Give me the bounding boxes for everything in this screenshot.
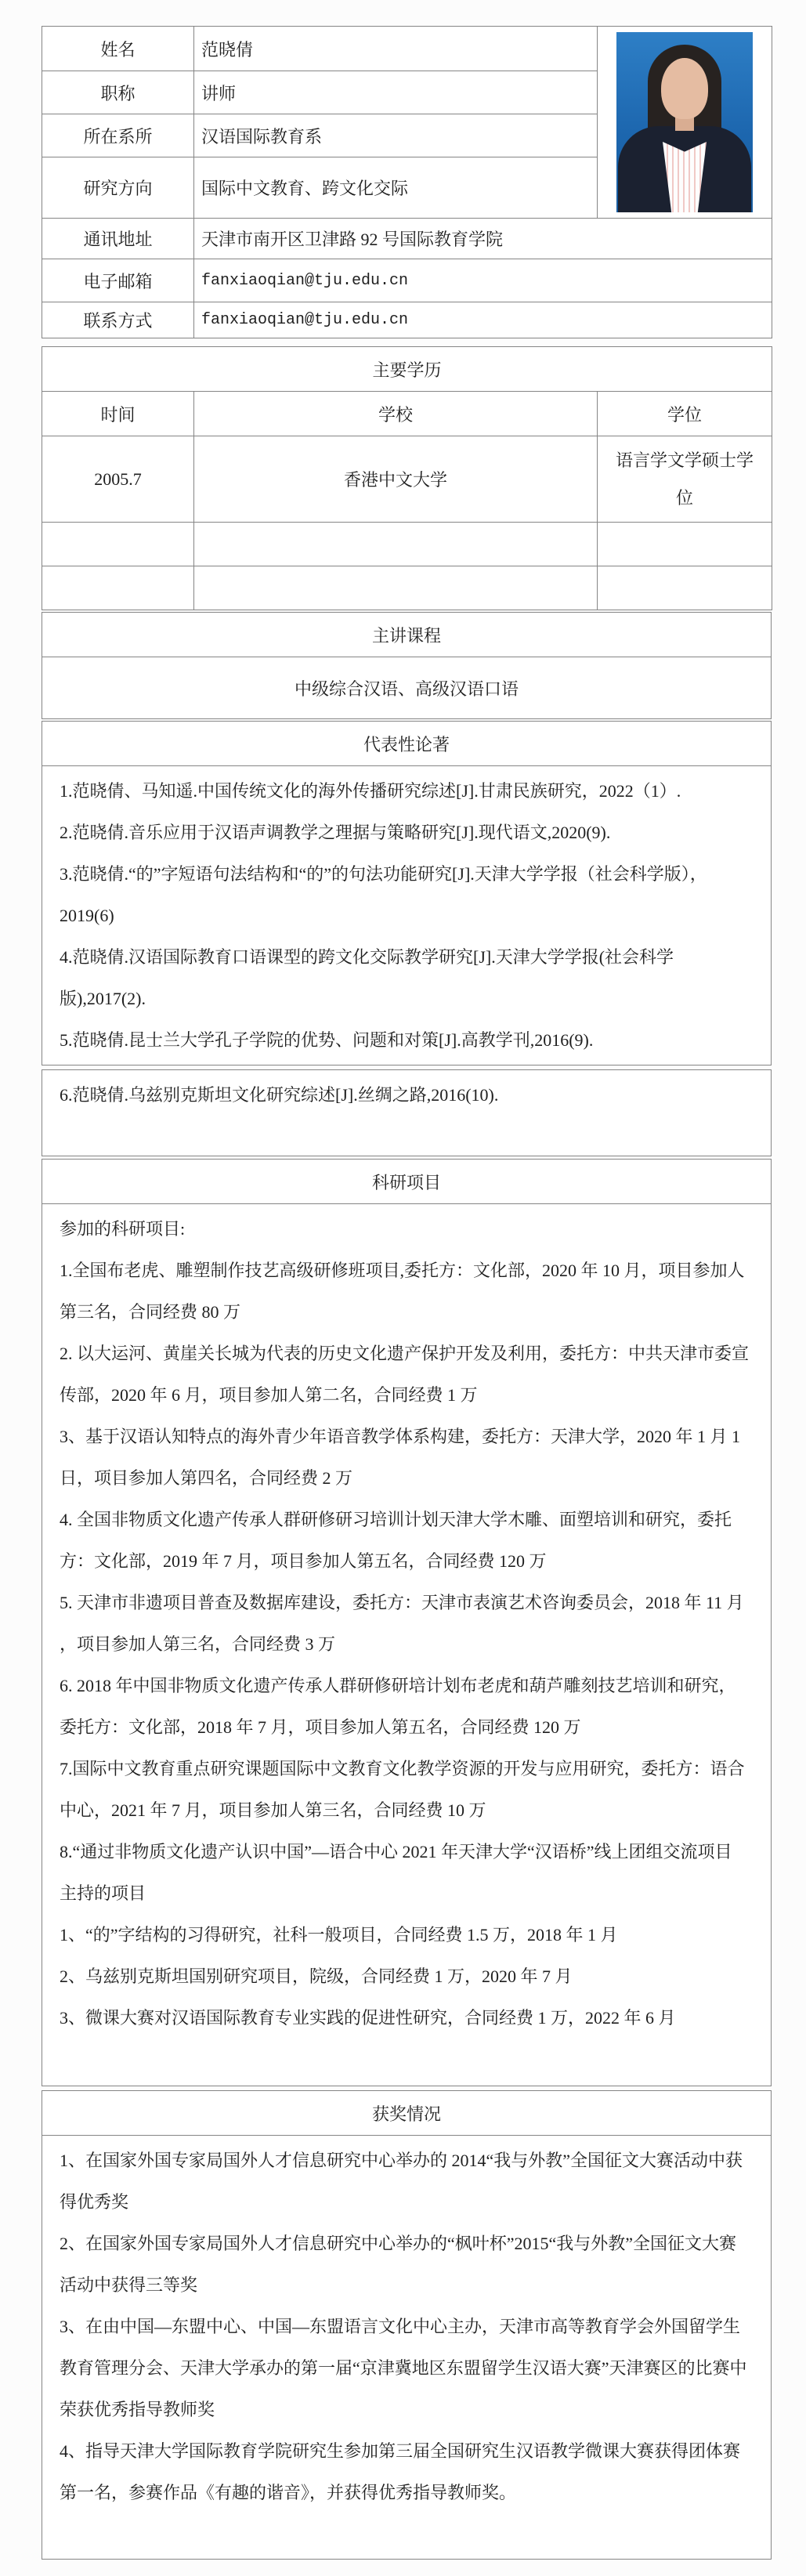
table-row: 获奖情况 (42, 2091, 772, 2136)
table-row: 时间 学校 学位 (42, 392, 772, 436)
address-value: 天津市南开区卫津路 92 号国际教育学院 (194, 219, 772, 259)
portrait-face (661, 58, 708, 119)
table-row (42, 523, 772, 566)
research-field-value: 国际中文教育、跨文化交际 (194, 157, 598, 219)
education-degree (598, 523, 772, 566)
publication-item: 1.范晓倩、马知遥.中国传统文化的海外传播研究综述[J].甘肃民族研究，2022… (60, 770, 752, 812)
project-item: 3、基于汉语认知特点的海外青少年语音教学体系构建，委托方：天津大学，2020 年… (60, 1416, 752, 1499)
project-item: 1.全国布老虎、雕塑制作技艺高级研修班项目,委托方：文化部，2020 年 10 … (60, 1250, 752, 1333)
education-time (42, 523, 194, 566)
table-row: 姓名 范晓倩 (42, 27, 772, 71)
courses-content: 中级综合汉语、高级汉语口语 (42, 657, 772, 719)
project-item: 6. 2018 年中国非物质文化遗产传承人群研修研培计划布老虎和葫芦雕刻技艺培训… (60, 1665, 752, 1748)
section-title-projects: 科研项目 (42, 1160, 772, 1204)
name-value: 范晓倩 (194, 27, 598, 71)
education-degree (598, 566, 772, 610)
publication-item: 2.范晓倩.音乐应用于汉语声调教学之理据与策略研究[J].现代语文,2020(9… (60, 812, 752, 853)
education-col-time: 时间 (42, 392, 194, 436)
education-table: 主要学历 时间 学校 学位 2005.7 香港中文大学 语言学文学硕士学位 (42, 346, 772, 610)
awards-table: 获奖情况 1、在国家外国专家局国外人才信息研究中心举办的 2014“我与外教”全… (42, 2090, 772, 2560)
projects-lead-title: 主持的项目 (60, 1872, 752, 1914)
award-item: 4、指导天津大学国际教育学院研究生参加第三届全国研究生汉语教学微课大赛获得团体赛… (60, 2430, 752, 2513)
section-title-courses: 主讲课程 (42, 613, 772, 657)
project-item: 5. 天津市非遗项目普查及数据库建设，委托方：天津市表演艺术咨询委员会，2018… (60, 1582, 752, 1665)
name-label: 姓名 (42, 27, 194, 71)
section-title-publications: 代表性论著 (42, 722, 772, 766)
table-row: 2005.7 香港中文大学 语言学文学硕士学位 (42, 436, 772, 523)
publication-item: 5.范晓倩.昆士兰大学孔子学院的优势、问题和对策[J].高教学刊,2016(9)… (60, 1019, 752, 1061)
title-label: 职称 (42, 71, 194, 114)
title-value: 讲师 (194, 71, 598, 114)
table-row: 1、在国家外国专家局国外人才信息研究中心举办的 2014“我与外教”全国征文大赛… (42, 2136, 772, 2560)
publications-table: 代表性论著 1.范晓倩、马知遥.中国传统文化的海外传播研究综述[J].甘肃民族研… (42, 721, 772, 1065)
education-school (194, 566, 598, 610)
project-item: 3、微课大赛对汉语国际教育专业实践的促进性研究，合同经费 1 万，2022 年 … (60, 1997, 752, 2039)
table-row: 1.范晓倩、马知遥.中国传统文化的海外传播研究综述[J].甘肃民族研究，2022… (42, 766, 772, 1065)
publication-item: 6.范晓倩.乌兹别克斯坦文化研究综述[J].丝绸之路,2016(10). (60, 1074, 752, 1116)
projects-table: 科研项目 参加的科研项目: 1.全国布老虎、雕塑制作技艺高级研修班项目,委托方：… (42, 1159, 772, 2086)
table-row: 科研项目 (42, 1160, 772, 1204)
research-field-label: 研究方向 (42, 157, 194, 219)
address-label: 通讯地址 (42, 219, 194, 259)
awards-list: 1、在国家外国专家局国外人才信息研究中心举办的 2014“我与外教”全国征文大赛… (42, 2136, 772, 2560)
table-row: 6.范晓倩.乌兹别克斯坦文化研究综述[J].丝绸之路,2016(10). (42, 1070, 772, 1156)
table-row: 联系方式 fanxiaoqian@tju.edu.cn (42, 302, 772, 338)
project-item: 2、乌兹别克斯坦国别研究项目，院级，合同经费 1 万，2020 年 7 月 (60, 1956, 752, 1997)
award-item: 2、在国家外国专家局国外人才信息研究中心举办的“枫叶杯”2015“我与外教”全国… (60, 2223, 752, 2306)
project-item: 7.国际中文教育重点研究课题国际中文教育文化教学资源的开发与应用研究，委托方：语… (60, 1748, 752, 1831)
project-item: 8.“通过非物质文化遗产认识中国”—语合中心 2021 年天津大学“汉语桥”线上… (60, 1831, 752, 1872)
table-row (42, 566, 772, 610)
project-item: 1、“的”字结构的习得研究，社科一般项目，合同经费 1.5 万，2018 年 1… (60, 1914, 752, 1956)
project-item: 2. 以大运河、黄崖关长城为代表的历史文化遗产保护开发及利用，委托方：中共天津市… (60, 1333, 752, 1416)
publication-item: 3.范晓倩.“的”字短语句法结构和“的”的句法功能研究[J].天津大学学报（社会… (60, 853, 752, 936)
publications-list: 1.范晓倩、马知遥.中国传统文化的海外传播研究综述[J].甘肃民族研究，2022… (42, 766, 772, 1065)
education-col-degree: 学位 (598, 392, 772, 436)
education-col-school: 学校 (194, 392, 598, 436)
table-row: 代表性论著 (42, 722, 772, 766)
contact-label: 联系方式 (42, 302, 194, 338)
education-time (42, 566, 194, 610)
table-row: 参加的科研项目: 1.全国布老虎、雕塑制作技艺高级研修班项目,委托方：文化部，2… (42, 1204, 772, 2086)
publications-extra-cell: 6.范晓倩.乌兹别克斯坦文化研究综述[J].丝绸之路,2016(10). (42, 1070, 772, 1156)
contact-value: fanxiaoqian@tju.edu.cn (194, 302, 772, 338)
publication-item: 4.范晓倩.汉语国际教育口语课型的跨文化交际教学研究[J].天津大学学报(社会科… (60, 936, 752, 1019)
projects-list: 参加的科研项目: 1.全国布老虎、雕塑制作技艺高级研修班项目,委托方：文化部，2… (42, 1204, 772, 2086)
section-title-awards: 获奖情况 (42, 2091, 772, 2136)
table-row: 电子邮箱 fanxiaoqian@tju.edu.cn (42, 259, 772, 302)
table-row: 主讲课程 (42, 613, 772, 657)
project-item: 4. 全国非物质文化遗产传承人群研修研习培训计划天津大学木雕、面塑培训和研究，委… (60, 1499, 752, 1582)
table-row: 主要学历 (42, 347, 772, 392)
department-label: 所在系所 (42, 114, 194, 157)
education-school: 香港中文大学 (194, 436, 598, 523)
education-degree: 语言学文学硕士学位 (598, 436, 772, 523)
section-title-education: 主要学历 (42, 347, 772, 392)
education-school (194, 523, 598, 566)
table-row: 中级综合汉语、高级汉语口语 (42, 657, 772, 719)
faculty-profile-page: 姓名 范晓倩 职称 讲师 所在系所 汉语国际教育系 研究方向 国际中文教育、跨文… (42, 26, 772, 2560)
projects-intro: 参加的科研项目: (60, 1208, 752, 1250)
portrait-photo (616, 32, 753, 212)
education-time: 2005.7 (42, 436, 194, 523)
table-row: 通讯地址 天津市南开区卫津路 92 号国际教育学院 (42, 219, 772, 259)
profile-table: 姓名 范晓倩 职称 讲师 所在系所 汉语国际教育系 研究方向 国际中文教育、跨文… (42, 26, 772, 338)
photo-cell (598, 27, 772, 219)
award-item: 1、在国家外国专家局国外人才信息研究中心举办的 2014“我与外教”全国征文大赛… (60, 2140, 752, 2223)
publications-extra-table: 6.范晓倩.乌兹别克斯坦文化研究综述[J].丝绸之路,2016(10). (42, 1069, 772, 1156)
award-item: 3、在由中国—东盟中心、中国—东盟语言文化中心主办，天津市高等教育学会外国留学生… (60, 2306, 752, 2430)
department-value: 汉语国际教育系 (194, 114, 598, 157)
email-label: 电子邮箱 (42, 259, 194, 302)
email-value: fanxiaoqian@tju.edu.cn (194, 259, 772, 302)
courses-table: 主讲课程 中级综合汉语、高级汉语口语 (42, 612, 772, 719)
